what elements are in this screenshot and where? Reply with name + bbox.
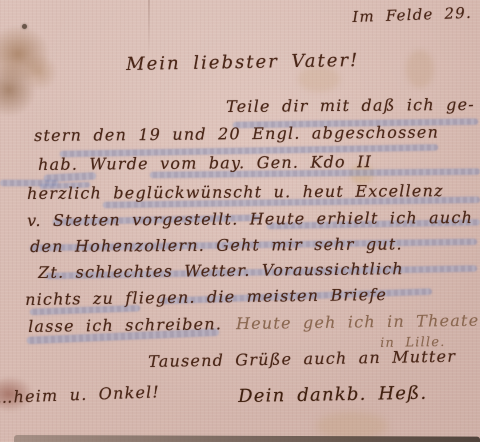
faint-stain-top-right bbox=[406, 50, 434, 88]
scan-background-shadow bbox=[14, 435, 480, 442]
dateline: Im Felde 29. 7. 17. bbox=[352, 2, 480, 26]
body-line-3: hab. Wurde vom bay. Gen. Kdo II bbox=[38, 152, 372, 174]
body-line-8: nichts zu fliegen. die meisten Briefe bbox=[25, 285, 387, 309]
body-line-4: herzlich beglückwünscht u. heut Excellen… bbox=[27, 181, 444, 203]
closing-line: Tausend Grüße auch an Mutter bbox=[148, 347, 456, 371]
closing-left-line: …heim u. Onkel! bbox=[0, 382, 160, 407]
body-line-9: lasse ich schreiben.Heute geh ich in The… bbox=[28, 311, 480, 336]
salutation: Mein liebster Vater! bbox=[126, 50, 359, 75]
body-line-5: v. Stetten vorgestellt. Heute erhielt ic… bbox=[27, 208, 473, 230]
paper-hole bbox=[22, 24, 27, 29]
body-line-2: stern den 19 und 20 Engl. abgeschossen bbox=[34, 122, 439, 145]
letter-scan: Im Felde 29. 7. 17. Mein liebster Vater!… bbox=[0, 0, 480, 442]
body-line-6: den Hohenzollern. Geht mir sehr gut. bbox=[30, 234, 403, 256]
body-line-9-main: lasse ich schreiben. bbox=[28, 314, 222, 336]
body-line-7: Zt. schlechtes Wetter. Voraussichtlich bbox=[38, 259, 404, 282]
ink-stain-top-left bbox=[0, 26, 70, 126]
body-line-1: Teile dir mit daß ich ge- bbox=[226, 95, 475, 116]
signature-line: Dein dankb. Heß. bbox=[238, 383, 428, 407]
crease-line bbox=[148, 0, 150, 55]
body-line-9-faded: Heute geh ich in Theater bbox=[222, 311, 480, 334]
letter-paper: Im Felde 29. 7. 17. Mein liebster Vater!… bbox=[0, 0, 480, 442]
